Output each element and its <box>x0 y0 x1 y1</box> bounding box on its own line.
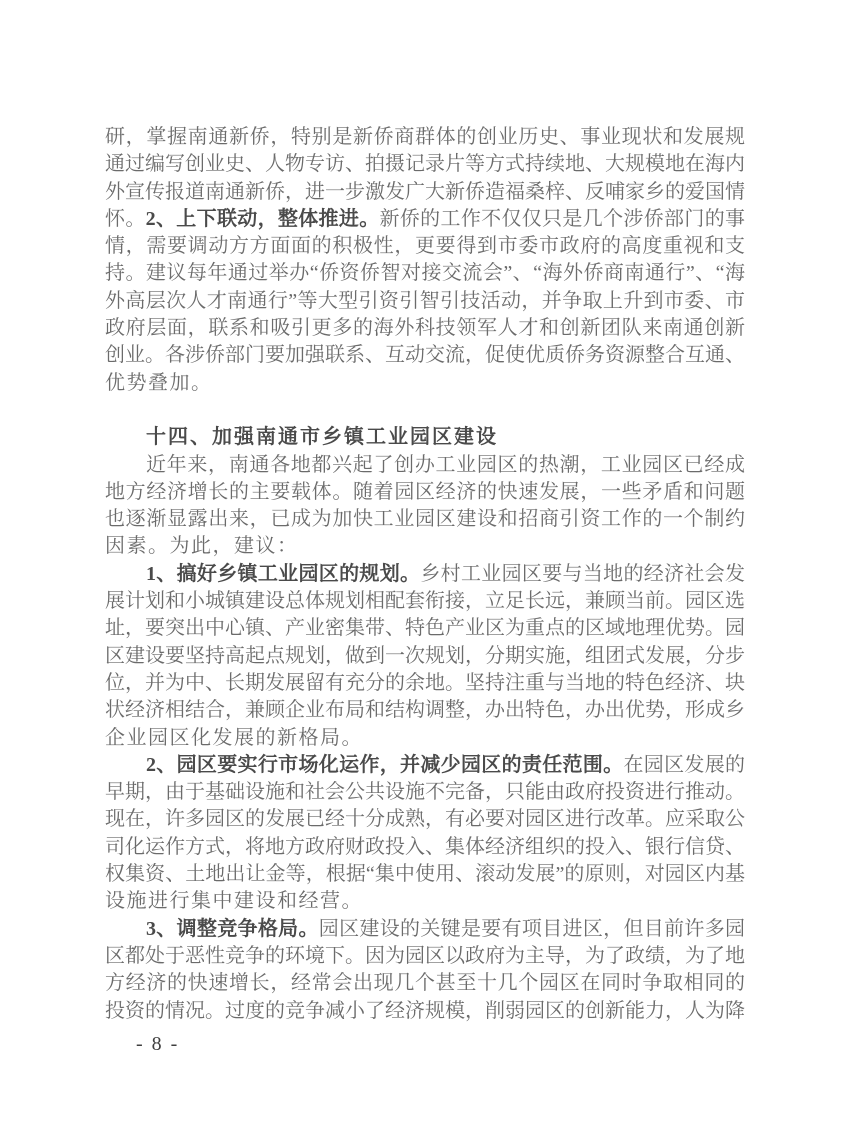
text-line: 外宣传报道南通新侨，进一步激发广大新侨造福桑梓、反哺家乡的爱国情 <box>105 179 745 206</box>
bold-text-run: 3、调整竞争格局。 <box>146 918 319 940</box>
text-line: 区建设要坚持高起点规划，做到一次规划，分期实施，组团式发展，分步到 <box>105 643 745 670</box>
text-line: 现在，许多园区的发展已经十分成熟，有必要对园区进行改革。应采取公 <box>105 806 745 833</box>
text-line: 早期，由于基础设施和社会公共设施不完备，只能由政府投资进行推动。 <box>105 779 745 806</box>
text-line: 2、园区要实行市场化运作，并减少园区的责任范围。在园区发展的 <box>105 752 745 779</box>
text-run: 优势叠加。 <box>105 372 213 394</box>
text-run: 展计划和小城镇建设总体规划相配套衔接，立足长远，兼顾当前。园区选 <box>105 590 745 612</box>
text-run: 企业园区化发展的新格局。 <box>105 727 363 749</box>
text-line: 地方经济增长的主要载体。随着园区经济的快速发展，一些矛盾和问题 <box>105 479 745 506</box>
text-line: 情，需要调动方方面面的积极性，更要得到市委市政府的高度重视和支 <box>105 233 745 260</box>
text-run: 也逐渐显露出来，已成为加快工业园区建设和招商引资工作的一个制约 <box>105 508 745 530</box>
text-line: 通过编写创业史、人物专访、拍摄记录片等方式持续地、大规模地在海内 <box>105 151 745 178</box>
text-run: 因素。为此，建议： <box>105 535 299 557</box>
text-run: 通过编写创业史、人物专访、拍摄记录片等方式持续地、大规模地在海内 <box>105 153 745 175</box>
text-run: 址，要突出中心镇、产业密集带、特色产业区为重点的区域地理优势。园 <box>105 617 745 639</box>
text-line: 状经济相结合，兼顾企业布局和结构调整，办出特色，办出优势，形成乡镇 <box>105 697 745 724</box>
text-run: 地方经济增长的主要载体。随着园区经济的快速发展，一些矛盾和问题 <box>105 481 745 503</box>
text-run: 政府层面，联系和吸引更多的海外科技领军人才和创新团队来南通创新 <box>105 317 745 339</box>
text-run: 持。建议每年通过举办“侨资侨智对接交流会”、“海外侨商南通行”、“海 <box>105 262 745 284</box>
bold-text-run: 1、搞好乡镇工业园区的规划。 <box>146 563 420 585</box>
text-line: 怀。2、上下联动，整体推进。新侨的工作不仅仅只是几个涉侨部门的事 <box>105 206 745 233</box>
text-run: 怀。 <box>105 208 146 230</box>
text-line: 设施进行集中建设和经营。 <box>105 888 745 915</box>
text-line: 持。建议每年通过举办“侨资侨智对接交流会”、“海外侨商南通行”、“海 <box>105 260 745 287</box>
text-line: 也逐渐显露出来，已成为加快工业园区建设和招商引资工作的一个制约 <box>105 506 745 533</box>
text-line: 企业园区化发展的新格局。 <box>105 725 745 752</box>
text-run: 外宣传报道南通新侨，进一步激发广大新侨造福桑梓、反哺家乡的爱国情 <box>105 181 745 203</box>
text-run: 外高层次人才南通行”等大型引资引智引技活动，并争取上升到市委、市 <box>105 290 745 312</box>
bold-text-run: 2、园区要实行市场化运作，并减少园区的责任范围。 <box>146 754 623 776</box>
text-line: 展计划和小城镇建设总体规划相配套衔接，立足长远，兼顾当前。园区选 <box>105 588 745 615</box>
text-run: 司化运作方式，将地方政府财政投入、集体经济组织的投入、银行信贷、股 <box>105 836 745 861</box>
text-line: 权集资、土地出让金等，根据“集中使用、滚动发展”的原则，对园区内基础 <box>105 861 745 888</box>
text-run: 乡村工业园区要与当地的经济社会发 <box>420 563 745 585</box>
text-run: 早期，由于基础设施和社会公共设施不完备，只能由政府投资进行推动。 <box>105 781 745 803</box>
text-line: 研，掌握南通新侨，特别是新侨商群体的创业历史、事业现状和发展规模， <box>105 124 745 151</box>
text-line: 方经济的快速增长，经常会出现几个甚至十几个园区在同时争取相同的 <box>105 970 745 997</box>
text-run: 权集资、土地出让金等，根据“集中使用、滚动发展”的原则，对园区内基础 <box>105 863 745 888</box>
text-line: 司化运作方式，将地方政府财政投入、集体经济组织的投入、银行信贷、股 <box>105 834 745 861</box>
text-run: 状经济相结合，兼顾企业布局和结构调整，办出特色，办出优势，形成乡镇 <box>105 699 745 724</box>
text-run: 园区建设的关键是要有项目进区，但目前许多园 <box>319 918 745 940</box>
text-run: 区建设要坚持高起点规划，做到一次规划，分期实施，组团式发展，分步到 <box>105 645 745 670</box>
text-run: 在园区发展的 <box>623 754 745 776</box>
text-line: 区都处于恶性竞争的环境下。因为园区以政府为主导，为了政绩，为了地 <box>105 943 745 970</box>
text-run: 位，并为中、长期发展留有充分的余地。坚持注重与当地的特色经济、块 <box>105 672 745 694</box>
text-run: 情，需要调动方方面面的积极性，更要得到市委市政府的高度重视和支 <box>105 235 745 257</box>
bold-text-run: 2、上下联动，整体推进。 <box>146 208 380 230</box>
text-line: 位，并为中、长期发展留有充分的余地。坚持注重与当地的特色经济、块 <box>105 670 745 697</box>
text-line: 近年来，南通各地都兴起了创办工业园区的热潮，工业园区已经成为 <box>105 452 745 479</box>
text-run: 近年来，南通各地都兴起了创办工业园区的热潮，工业园区已经成为 <box>105 454 745 479</box>
text-run: 新侨的工作不仅仅只是几个涉侨部门的事 <box>380 208 745 230</box>
text-run: 现在，许多园区的发展已经十分成熟，有必要对园区进行改革。应采取公 <box>105 808 745 830</box>
text-run: 研，掌握南通新侨，特别是新侨商群体的创业历史、事业现状和发展规模， <box>105 126 745 151</box>
text-run: 区都处于恶性竞争的环境下。因为园区以政府为主导，为了政绩，为了地 <box>105 945 745 967</box>
text-line: 优势叠加。 <box>105 370 745 397</box>
text-line: 创业。各涉侨部门要加强联系、互动交流，促使优质侨务资源整合互通、 <box>105 342 745 369</box>
text-run: 投资的情况。过度的竞争减小了经济规模，削弱园区的创新能力，人为降 <box>105 1000 745 1022</box>
text-line: 因素。为此，建议： <box>105 533 745 560</box>
text-line: 外高层次人才南通行”等大型引资引智引技活动，并争取上升到市委、市 <box>105 288 745 315</box>
bold-text-run: 十四、加强南通市乡镇工业园区建设 <box>146 426 498 448</box>
section-heading: 十四、加强南通市乡镇工业园区建设 <box>105 424 745 451</box>
text-run: 方经济的快速增长，经常会出现几个甚至十几个园区在同时争取相同的 <box>105 972 745 994</box>
text-line: 投资的情况。过度的竞争减小了经济规模，削弱园区的创新能力，人为降 <box>105 998 745 1025</box>
text-line: 3、调整竞争格局。园区建设的关键是要有项目进区，但目前许多园 <box>105 916 745 943</box>
text-line: 政府层面，联系和吸引更多的海外科技领军人才和创新团队来南通创新 <box>105 315 745 342</box>
text-line: 址，要突出中心镇、产业密集带、特色产业区为重点的区域地理优势。园 <box>105 615 745 642</box>
document-body: 研，掌握南通新侨，特别是新侨商群体的创业历史、事业现状和发展规模，通过编写创业史… <box>105 124 745 1025</box>
scanned-document-page: 研，掌握南通新侨，特别是新侨商群体的创业历史、事业现状和发展规模，通过编写创业史… <box>0 0 850 1146</box>
text-line: 1、搞好乡镇工业园区的规划。乡村工业园区要与当地的经济社会发 <box>105 561 745 588</box>
text-run: 创业。各涉侨部门要加强联系、互动交流，促使优质侨务资源整合互通、 <box>105 344 745 366</box>
page-number: - 8 - <box>136 1031 179 1058</box>
text-run: 设施进行集中建设和经营。 <box>105 890 363 912</box>
